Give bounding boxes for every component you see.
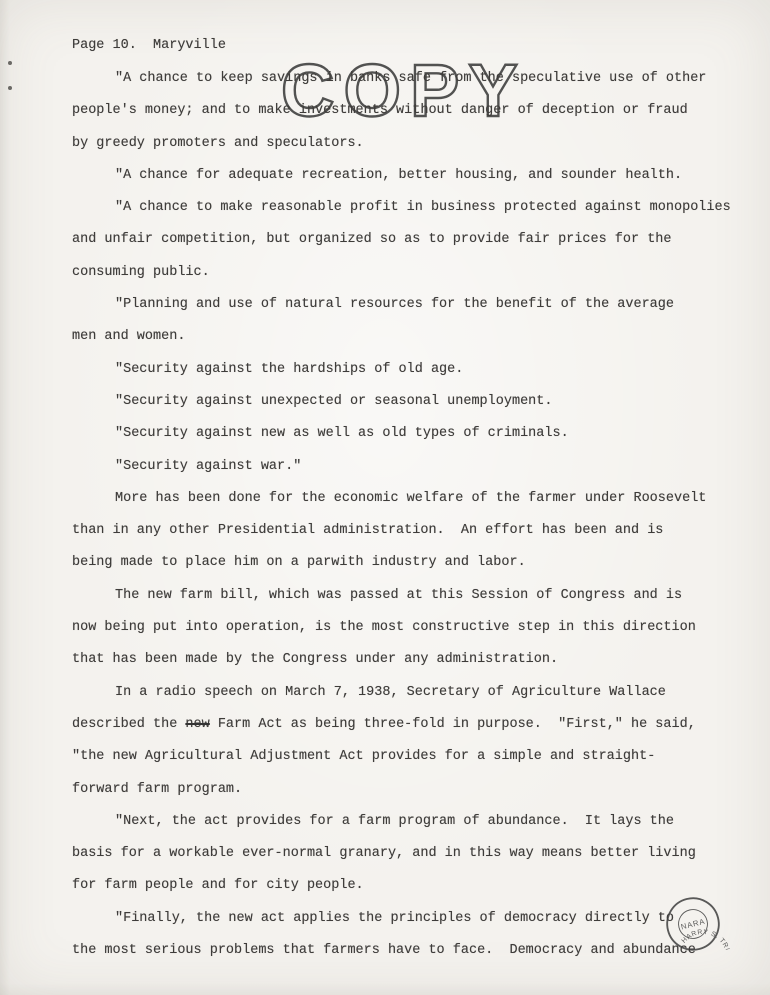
line-text: basis for a workable ever-normal granary… xyxy=(72,846,696,861)
document-line: than in any other Presidential administr… xyxy=(72,515,740,547)
document-line: people's money; and to make investments … xyxy=(72,95,740,127)
document-line: "Planning and use of natural resources f… xyxy=(72,289,740,321)
document-line: The new farm bill, which was passed at t… xyxy=(72,580,740,612)
line-text: forward farm program. xyxy=(72,782,242,797)
document-line: that has been made by the Congress under… xyxy=(72,644,740,676)
line-text: In a radio speech on March 7, 1938, Secr… xyxy=(115,685,666,700)
document-line: described the new Farm Act as being thre… xyxy=(72,709,740,741)
line-text: "Next, the act provides for a farm progr… xyxy=(115,814,674,829)
document-line: the most serious problems that farmers h… xyxy=(72,935,740,967)
line-text: "Security against unexpected or seasonal… xyxy=(115,394,552,409)
line-text: the most serious problems that farmers h… xyxy=(72,943,696,958)
document-line: "Security against new as well as old typ… xyxy=(72,418,740,450)
line-text: "A chance to keep savings in banks safe … xyxy=(115,71,706,86)
line-text: "Security against war." xyxy=(115,459,301,474)
document-line: "Security against unexpected or seasonal… xyxy=(72,386,740,418)
line-text: "the new Agricultural Adjustment Act pro… xyxy=(72,749,655,764)
document-line: by greedy promoters and speculators. xyxy=(72,128,740,160)
document-line: "A chance to make reasonable profit in b… xyxy=(72,192,740,224)
line-text: men and women. xyxy=(72,329,185,344)
line-text: people's money; and to make investments … xyxy=(72,103,688,118)
document-line: "the new Agricultural Adjustment Act pro… xyxy=(72,741,740,773)
document-line: consuming public. xyxy=(72,257,740,289)
line-text: "Planning and use of natural resources f… xyxy=(115,297,674,312)
line-text: "A chance for adequate recreation, bette… xyxy=(115,168,682,183)
line-text: by greedy promoters and speculators. xyxy=(72,136,364,151)
document-line: "Finally, the new act applies the princi… xyxy=(72,903,740,935)
line-text: now being put into operation, is the mos… xyxy=(72,620,696,635)
document-line: for farm people and for city people. xyxy=(72,870,740,902)
page-header: Page 10. Maryville xyxy=(72,38,226,53)
scan-artifact-dot xyxy=(8,61,12,65)
line-text: More has been done for the economic welf… xyxy=(115,491,706,506)
scan-artifact-dot xyxy=(8,86,12,90)
document-line: being made to place him on a parwith ind… xyxy=(72,547,740,579)
line-text: "Security against the hardships of old a… xyxy=(115,362,463,377)
line-text: The new farm bill, which was passed at t… xyxy=(115,588,682,603)
line-text: and unfair competition, but organized so… xyxy=(72,232,672,247)
line-text: being made to place him on a parwith ind… xyxy=(72,555,526,570)
document-line: now being put into operation, is the mos… xyxy=(72,612,740,644)
document-body: "A chance to keep savings in banks safe … xyxy=(72,63,740,967)
document-line: "Security against war." xyxy=(72,451,740,483)
line-text: than in any other Presidential administr… xyxy=(72,523,663,538)
line-text: "Security against new as well as old typ… xyxy=(115,426,569,441)
document-line: "Next, the act provides for a farm progr… xyxy=(72,806,740,838)
line-text: consuming public. xyxy=(72,265,210,280)
line-text: that has been made by the Congress under… xyxy=(72,652,558,667)
line-text: Farm Act as being three-fold in purpose.… xyxy=(210,717,696,732)
document-line: "A chance to keep savings in banks safe … xyxy=(72,63,740,95)
document-line: basis for a workable ever-normal granary… xyxy=(72,838,740,870)
document-page: Page 10. Maryville COPY "A chance to kee… xyxy=(0,0,770,995)
document-line: In a radio speech on March 7, 1938, Secr… xyxy=(72,677,740,709)
line-text: described the xyxy=(72,717,185,732)
document-line: More has been done for the economic welf… xyxy=(72,483,740,515)
document-line: and unfair competition, but organized so… xyxy=(72,224,740,256)
line-text: for farm people and for city people. xyxy=(72,878,364,893)
struck-word: new xyxy=(185,717,209,732)
line-text: "Finally, the new act applies the princi… xyxy=(115,911,674,926)
document-line: "A chance for adequate recreation, bette… xyxy=(72,160,740,192)
line-text: "A chance to make reasonable profit in b… xyxy=(115,200,731,215)
document-line: men and women. xyxy=(72,321,740,353)
document-line: "Security against the hardships of old a… xyxy=(72,354,740,386)
document-line: forward farm program. xyxy=(72,774,740,806)
